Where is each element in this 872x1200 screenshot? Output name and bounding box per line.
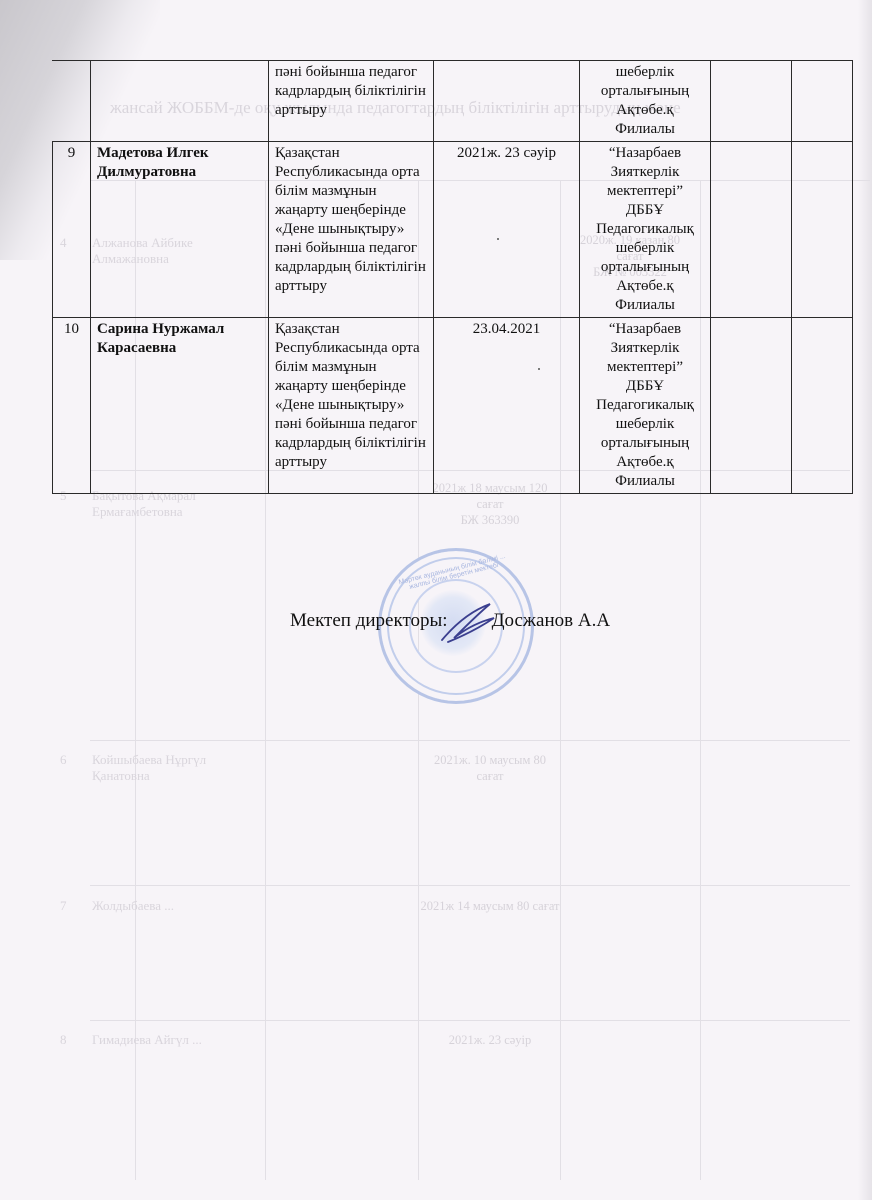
scan-speck <box>538 368 540 370</box>
cell-name <box>91 61 269 142</box>
cell-extra-2 <box>792 142 853 318</box>
ghost-name: Гимадиева Айгүл ... <box>92 1032 252 1048</box>
signatory-name: Досжанов А.А <box>492 610 611 631</box>
training-table: пәні бойынша педагог кадрлардың біліктіл… <box>52 60 853 494</box>
cell-num <box>53 61 91 142</box>
cell-num: 10 <box>53 318 91 494</box>
table-row: 9 Мадетова Илгек Дилмуратовна Қазақстан … <box>53 142 853 318</box>
ghost-rule <box>90 740 850 741</box>
cell-date <box>434 61 580 142</box>
cell-extra-1 <box>711 142 792 318</box>
cell-organization: шеберлік орталығының Ақтөбе.қ Филиалы <box>580 61 711 142</box>
cell-extra-1 <box>711 61 792 142</box>
cell-course: Қазақстан Республикасында орта білім маз… <box>269 142 434 318</box>
cell-extra-2 <box>792 318 853 494</box>
cell-organization: “Назарбаев Зияткерлік мектептері” ДББҰ П… <box>580 142 711 318</box>
cell-date: 2021ж. 23 сәуір <box>434 142 580 318</box>
table-row: 10 Сарина Нуржамал Карасаевна Қазақстан … <box>53 318 853 494</box>
ghost-cert: БЖ 363390 <box>420 512 560 528</box>
table-row: пәні бойынша педагог кадрлардың біліктіл… <box>53 61 853 142</box>
signatory-role: Мектеп директоры: <box>290 610 448 631</box>
ghost-date: 2021ж. 10 маусым 80 сағат <box>420 752 560 784</box>
handwritten-signature-icon <box>438 600 498 645</box>
ghost-rule <box>90 885 850 886</box>
cell-course: пәні бойынша педагог кадрлардың біліктіл… <box>269 61 434 142</box>
ghost-name: Койшыбаева Нұргүл Қанатовна <box>92 752 252 784</box>
ghost-name: Жолдыбаева ... <box>92 898 252 914</box>
ghost-rule <box>90 1020 850 1021</box>
cell-name: Мадетова Илгек Дилмуратовна <box>91 142 269 318</box>
cell-course: Қазақстан Республикасында орта білім маз… <box>269 318 434 494</box>
cell-extra-2 <box>792 61 853 142</box>
ghost-date: 2021ж 14 маусым 80 сағат <box>420 898 560 914</box>
scan-speck <box>497 238 499 240</box>
ghost-num: 7 <box>60 898 67 914</box>
cell-num: 9 <box>53 142 91 318</box>
cell-date: 23.04.2021 <box>434 318 580 494</box>
ghost-num: 6 <box>60 752 67 768</box>
cell-organization: “Назарбаев Зияткерлік мектептері” ДББҰ П… <box>580 318 711 494</box>
ghost-date: 2021ж. 23 сәуір <box>420 1032 560 1048</box>
ghost-num: 8 <box>60 1032 67 1048</box>
cell-extra-1 <box>711 318 792 494</box>
cell-name: Сарина Нуржамал Карасаевна <box>91 318 269 494</box>
